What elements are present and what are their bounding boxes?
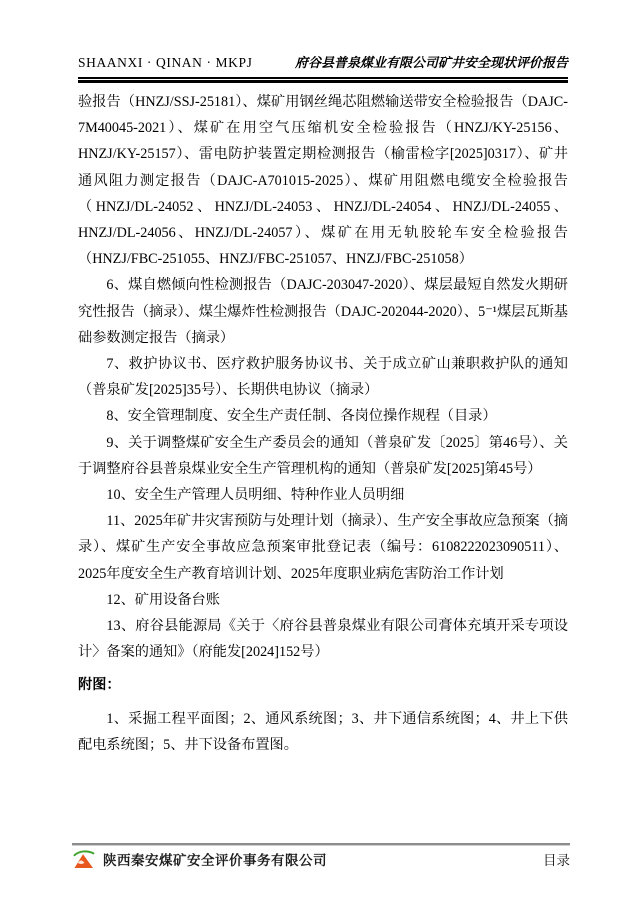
document-body: 验报告（HNZJ/SSJ-25181）、煤矿用钢丝绳芯阻燃输送带安全检验报告（D… (78, 89, 568, 758)
body-paragraph-continuation: 验报告（HNZJ/SSJ-25181）、煤矿用钢丝绳芯阻燃输送带安全检验报告（D… (78, 89, 568, 272)
attachments-heading: 附图： (78, 672, 568, 698)
attachments-list: 1、采掘工程平面图；2、通风系统图；3、井下通信系统图；4、井上下供配电系统图；… (78, 706, 568, 758)
footer-company-name: 陕西秦安煤矿安全评价事务有限公司 (103, 849, 327, 869)
company-logo-icon (72, 850, 95, 869)
document-page: SHAANXI · QINAN · MKPJ 府谷县普泉煤业有限公司矿井安全现状… (0, 0, 636, 900)
header-left-text: SHAANXI · QINAN · MKPJ (78, 55, 252, 71)
page-header: SHAANXI · QINAN · MKPJ 府谷县普泉煤业有限公司矿井安全现状… (78, 52, 568, 71)
body-paragraph-item-8: 8、安全管理制度、安全生产责任制、各岗位操作规程（目录） (78, 403, 568, 429)
footer-page-label: 目录 (543, 849, 570, 869)
footer-rule (72, 843, 570, 846)
body-paragraph-item-6: 6、煤自燃倾向性检测报告（DAJC-203047-2020）、煤层最短自然发火期… (78, 272, 568, 351)
body-paragraph-item-11: 11、2025年矿井灾害预防与处理计划（摘录）、生产安全事故应急预案（摘录）、煤… (78, 508, 568, 587)
body-paragraph-item-7: 7、救护协议书、医疗救护服务协议书、关于成立矿山兼职救护队的通知（普泉矿发[20… (78, 351, 568, 403)
header-right-title: 府谷县普泉煤业有限公司矿井安全现状评价报告 (295, 52, 568, 71)
page-footer: 陕西秦安煤矿安全评价事务有限公司 目录 (72, 849, 570, 869)
header-rule (78, 77, 568, 83)
body-paragraph-item-12: 12、矿用设备台账 (78, 587, 568, 613)
body-paragraph-item-9: 9、关于调整煤矿安全生产委员会的通知（普泉矿发〔2025〕第46号）、关于调整府… (78, 430, 568, 482)
body-paragraph-item-10: 10、安全生产管理人员明细、特种作业人员明细 (78, 482, 568, 508)
body-paragraph-item-13: 13、府谷县能源局《关于〈府谷县普泉煤业有限公司膏体充填开采专项设计〉备案的通知… (78, 613, 568, 665)
